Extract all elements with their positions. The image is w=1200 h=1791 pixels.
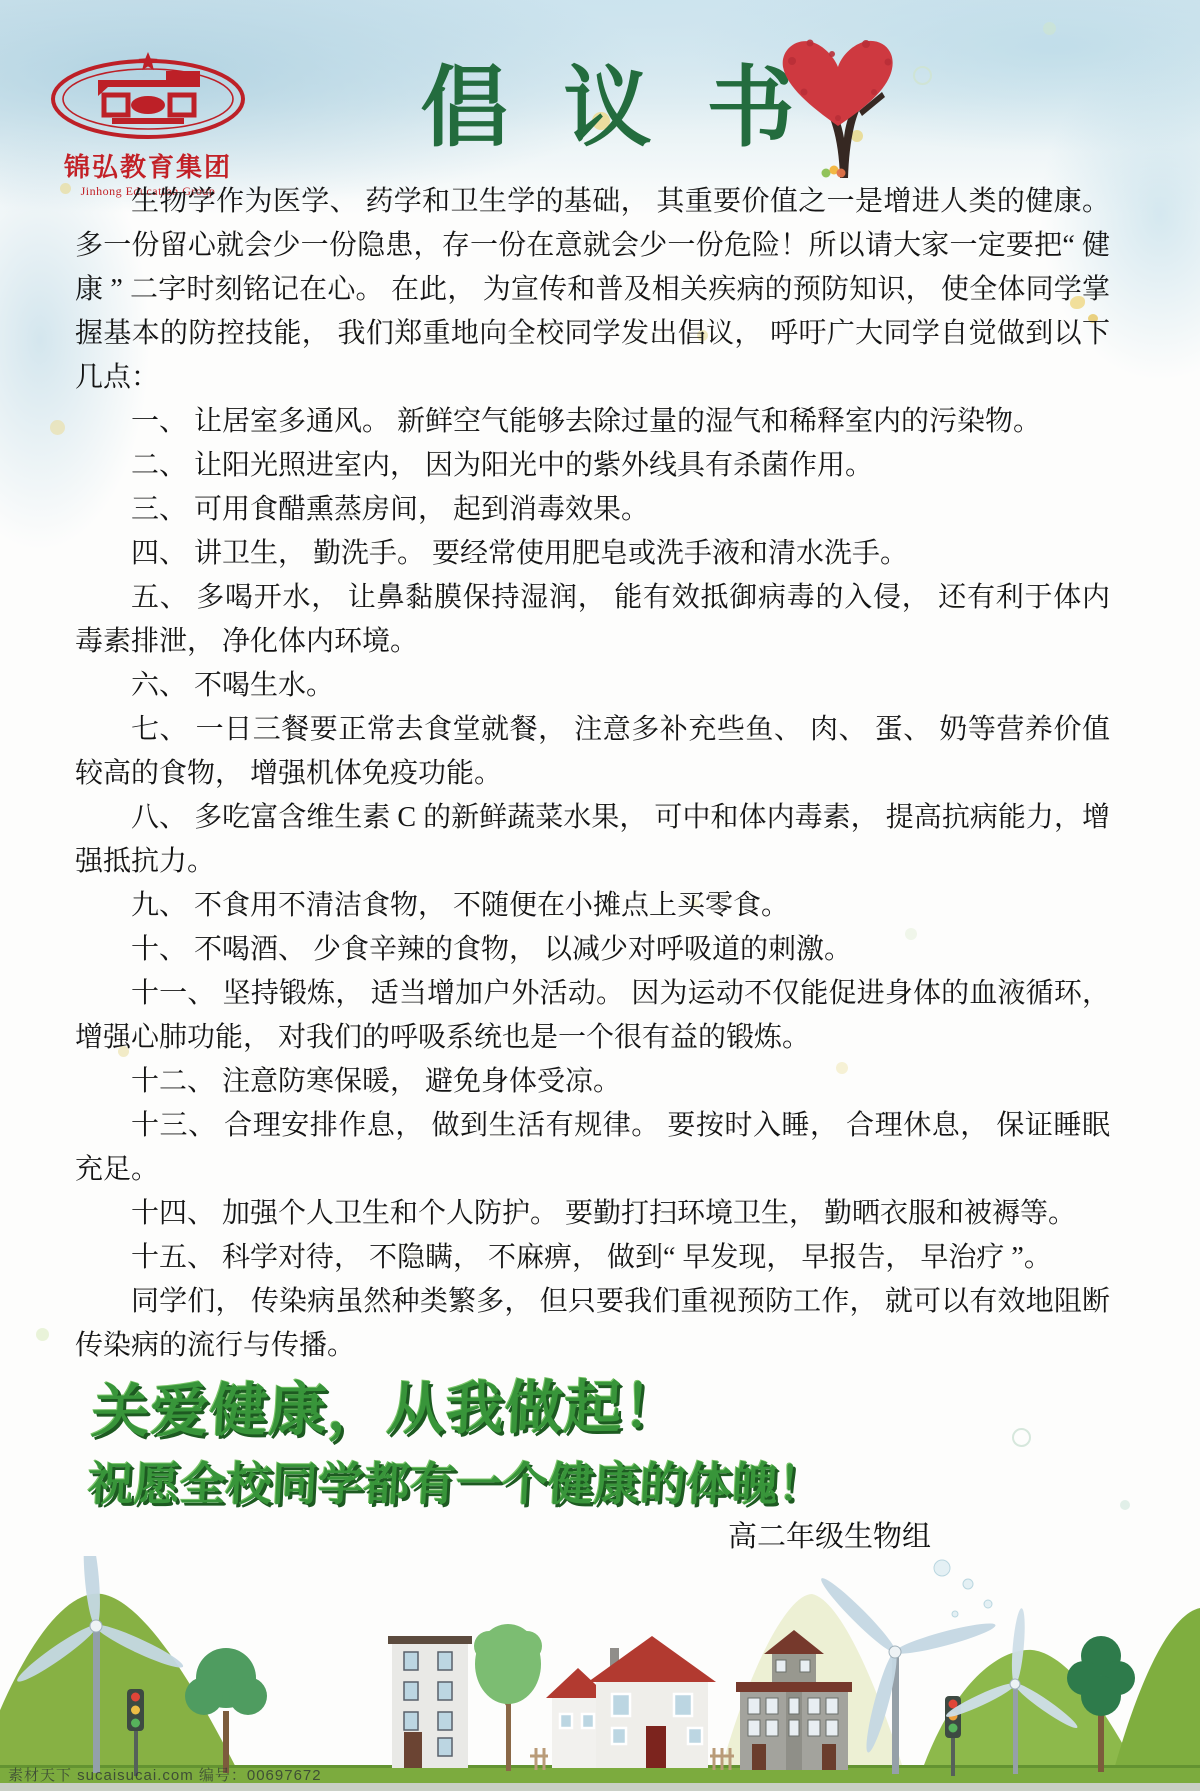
decor-dot (1120, 1500, 1130, 1510)
watermark: 素材天下 sucaisucai.com 编号：00697672 (8, 1764, 322, 1785)
decor-dot (1012, 1428, 1031, 1447)
far-right-hill-icon (1108, 1608, 1200, 1791)
proposal-item: 六、 不喝生水。 (75, 664, 1110, 708)
proposal-item: 三、 可用食醋熏蒸房间， 起到消毒效果。 (75, 488, 1110, 532)
proposal-item: 十四、 加强个人卫生和个人防护。 要勤打扫环境卫生， 勤晒衣服和被褥等。 (75, 1192, 1110, 1236)
proposal-item: 九、 不食用不清洁食物， 不随便在小摊点上买零食。 (75, 884, 1110, 928)
proposal-item: 十、 不喝酒、 少食辛辣的食物， 以减少对呼吸道的刺激。 (75, 928, 1110, 972)
slogan-line-1: 关爱健康，从我做起！ (90, 1359, 684, 1448)
intro-paragraph: 生物学作为医学、 药学和卫生学的基础， 其重要价值之一是增进人类的健康。多一份留… (75, 180, 1110, 400)
proposal-item: 四、 讲卫生， 勤洗手。 要经常使用肥皂或洗手液和清水洗手。 (75, 532, 1110, 576)
heart-tree-icon (762, 26, 912, 181)
eco-town-illustration: 素材天下 sucaisucai.com 编号：00697672 (0, 1556, 1200, 1791)
proposal-item: 十三、 合理安排作息， 做到生活有规律。 要按时入睡， 合理休息， 保证睡眠充足… (75, 1104, 1110, 1192)
proposal-item: 十一、 坚持锻炼， 适当增加户外活动。 因为运动不仅能促进身体的血液循环，增强心… (75, 972, 1110, 1060)
page-title: 倡议书 (0, 38, 1200, 164)
proposal-item: 一、 让居室多通风。 新鲜空气能够去除过量的湿气和稀释室内的污染物。 (75, 400, 1110, 444)
proposal-item: 五、 多喝开水， 让鼻黏膜保持湿润， 能有效抵御病毒的入侵， 还有利于体内毒素排… (75, 576, 1110, 664)
proposal-item: 十五、 科学对待， 不隐瞒， 不麻痹， 做到“ 早发现， 早报告， 早治疗 ”。 (75, 1236, 1110, 1280)
slogan-line-2: 祝愿全校同学都有一个健康的体魄！ (86, 1448, 825, 1514)
decor-dot (1043, 22, 1056, 35)
proposal-item: 八、 多吃富含维生素 C 的新鲜蔬菜水果， 可中和体内毒素， 提高抗病能力，增强… (75, 796, 1110, 884)
apartment-building-icon (388, 1636, 472, 1768)
proposal-items: 一、 让居室多通风。 新鲜空气能够去除过量的湿气和稀释室内的污染物。二、 让阳光… (75, 400, 1110, 1280)
proposal-item: 七、 一日三餐要正常去食堂就餐， 注意多补充些鱼、 肉、 蛋、 奶等营养价值较高… (75, 708, 1110, 796)
decor-dot (36, 1328, 49, 1341)
bubbles-icon (934, 1560, 992, 1617)
proposal-body: 生物学作为医学、 药学和卫生学的基础， 其重要价值之一是增进人类的健康。多一份留… (75, 180, 1110, 1368)
poster-page: 锦弘教育集团 Jinhong Education Group 倡议书 生物学作为… (0, 0, 1200, 1791)
decor-dot (50, 420, 65, 435)
signature: 高二年级生物组 (728, 1514, 931, 1555)
closing-paragraph: 同学们， 传染病虽然种类繁多， 但只要我们重视预防工作， 就可以有效地阻断传染病… (75, 1280, 1110, 1368)
house-icon (530, 1636, 734, 1770)
tree-icon (474, 1624, 542, 1771)
proposal-item: 二、 让阳光照进室内， 因为阳光中的紫外线具有杀菌作用。 (75, 444, 1110, 488)
proposal-item: 十二、 注意防寒保暖， 避免身体受凉。 (75, 1060, 1110, 1104)
